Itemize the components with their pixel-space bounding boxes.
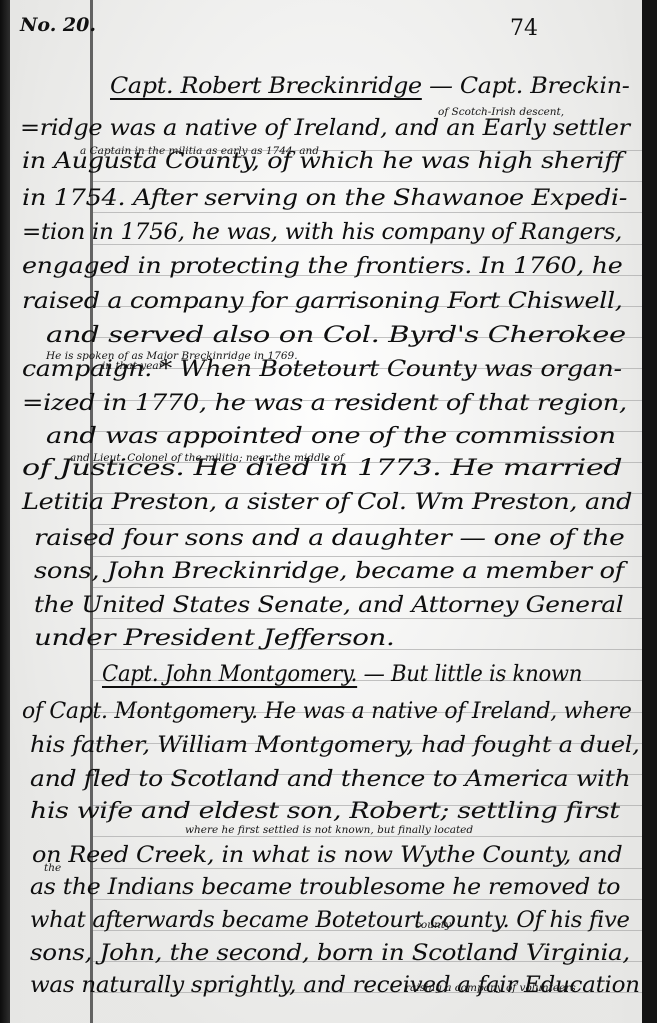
- interlinear-note: where he first settled is not known, but…: [185, 824, 473, 836]
- ruled-line: [93, 181, 642, 182]
- scan-right-edge: [642, 0, 657, 1023]
- page-number: 74: [510, 16, 538, 41]
- manuscript-line: under President Jefferson.: [34, 626, 394, 651]
- interlinear-note: in that year: [102, 360, 164, 372]
- manuscript-line: Letitia Preston, a sister of Col. Wm Pre…: [22, 490, 632, 515]
- manuscript-line: and was appointed one of the commission: [46, 424, 616, 449]
- interlinear-note: He is spoken of as Major Breckinridge in…: [46, 350, 298, 362]
- manuscript-line: sons, John, the second, born in Scotland…: [30, 941, 630, 966]
- interlinear-note: a Captain in the militia as early as 174…: [80, 145, 319, 157]
- manuscript-line: raised four sons and a daughter — one of…: [34, 526, 624, 551]
- ruled-line: [93, 868, 642, 869]
- interlinear-note: county: [415, 919, 451, 931]
- ruled-line: [93, 212, 642, 213]
- manuscript-page: No. 20. 74 Capt. Robert Breckinridge — C…: [10, 0, 642, 1023]
- manuscript-line: on Reed Creek, in what is now Wythe Coun…: [32, 843, 622, 868]
- manuscript-line: Capt. Robert Breckinridge — Capt. Brecki…: [110, 74, 629, 99]
- manuscript-line: and served also on Col. Byrd's Cherokee: [46, 323, 626, 348]
- manuscript-line: of Capt. Montgomery. He was a native of …: [22, 699, 632, 724]
- interlinear-note: and Lieut. Colonel of the militia; near …: [70, 452, 344, 464]
- scan-left-edge: [0, 0, 10, 1023]
- manuscript-line: =ized in 1770, he was a resident of that…: [22, 391, 627, 416]
- manuscript-line: engaged in protecting the frontiers. In …: [22, 254, 622, 279]
- manuscript-line: Capt. John Montgomery. — But little is k…: [102, 662, 582, 687]
- interlinear-note: raising a company of volunteers: [405, 982, 576, 994]
- manuscript-line: as the Indians became troublesome he rem…: [30, 875, 620, 900]
- ruled-line: [93, 556, 642, 557]
- manuscript-line: in 1754. After serving on the Shawanoe E…: [22, 186, 627, 211]
- manuscript-line: his father, William Montgomery, had foug…: [30, 733, 640, 758]
- manuscript-line: and fled to Scotland and thence to Ameri…: [30, 767, 630, 792]
- section-heading: Capt. John Montgomery.: [102, 662, 357, 687]
- manuscript-line: what afterwards became Botetourt county.…: [30, 908, 630, 933]
- manuscript-line: =ridge was a native of Ireland, and an E…: [20, 116, 630, 141]
- manuscript-line: the United States Senate, and Attorney G…: [34, 593, 623, 618]
- ruled-line: [93, 836, 642, 837]
- ruled-line: [93, 587, 642, 588]
- manuscript-line: his wife and eldest son, Robert; settlin…: [30, 799, 620, 824]
- manuscript-line: =tion in 1756, he was, with his company …: [22, 220, 622, 245]
- manuscript-line: raised a company for garrisoning Fort Ch…: [22, 289, 622, 314]
- ruled-line: [93, 524, 642, 525]
- manuscript-line: sons, John Breckinridge, became a member…: [34, 559, 624, 584]
- folio-mark: No. 20.: [20, 14, 96, 36]
- interlinear-note: the: [44, 862, 61, 874]
- section-heading: Capt. Robert Breckinridge: [110, 74, 422, 99]
- ruled-line: [93, 618, 642, 619]
- interlinear-note: of Scotch-Irish descent,: [438, 106, 564, 118]
